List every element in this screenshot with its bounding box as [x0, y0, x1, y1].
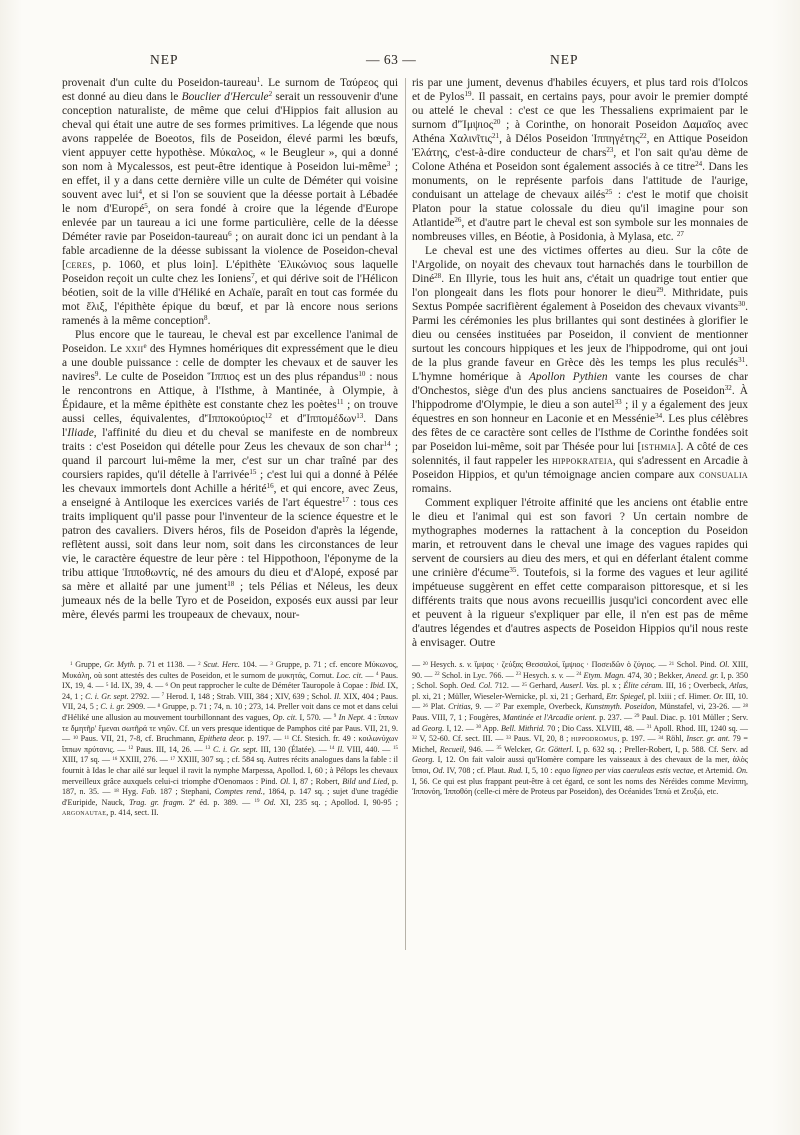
footnote-block: — 20 Hesych. s. v. ἵμψας · ζεύξας Θεσσαλ… [412, 660, 748, 798]
page-number: — 63 — [366, 52, 416, 68]
paragraph: Plus encore que le taureau, le cheval es… [62, 328, 398, 622]
text-columns: provenait d'un culte du Poseidon-taureau… [62, 76, 748, 819]
paragraph: provenait d'un culte du Poseidon-taureau… [62, 76, 398, 328]
column-divider [405, 78, 406, 950]
footnotes-left: 1 Gruppe, Gr. Myth. p. 71 et 1138. — 2 S… [62, 660, 398, 819]
header-keyword-right: NEP [550, 52, 579, 68]
column-right: ris par une jument, devenus d'habiles éc… [412, 76, 748, 650]
header-keyword-left: NEP [150, 52, 179, 68]
paragraph: Comment expliquer l'étroite affinité que… [412, 496, 748, 650]
footnotes-right: — 20 Hesych. s. v. ἵμψας · ζεύξας Θεσσαλ… [412, 660, 748, 819]
paragraph: ris par une jument, devenus d'habiles éc… [412, 76, 748, 244]
book-page: NEP — 63 — NEP provenait d'un culte du P… [0, 0, 800, 1135]
paragraph: Le cheval est une des victimes offertes … [412, 244, 748, 496]
column-left: provenait d'un culte du Poseidon-taureau… [62, 76, 398, 650]
page-header: NEP — 63 — NEP [0, 52, 800, 70]
footnote-block: 1 Gruppe, Gr. Myth. p. 71 et 1138. — 2 S… [62, 660, 398, 819]
